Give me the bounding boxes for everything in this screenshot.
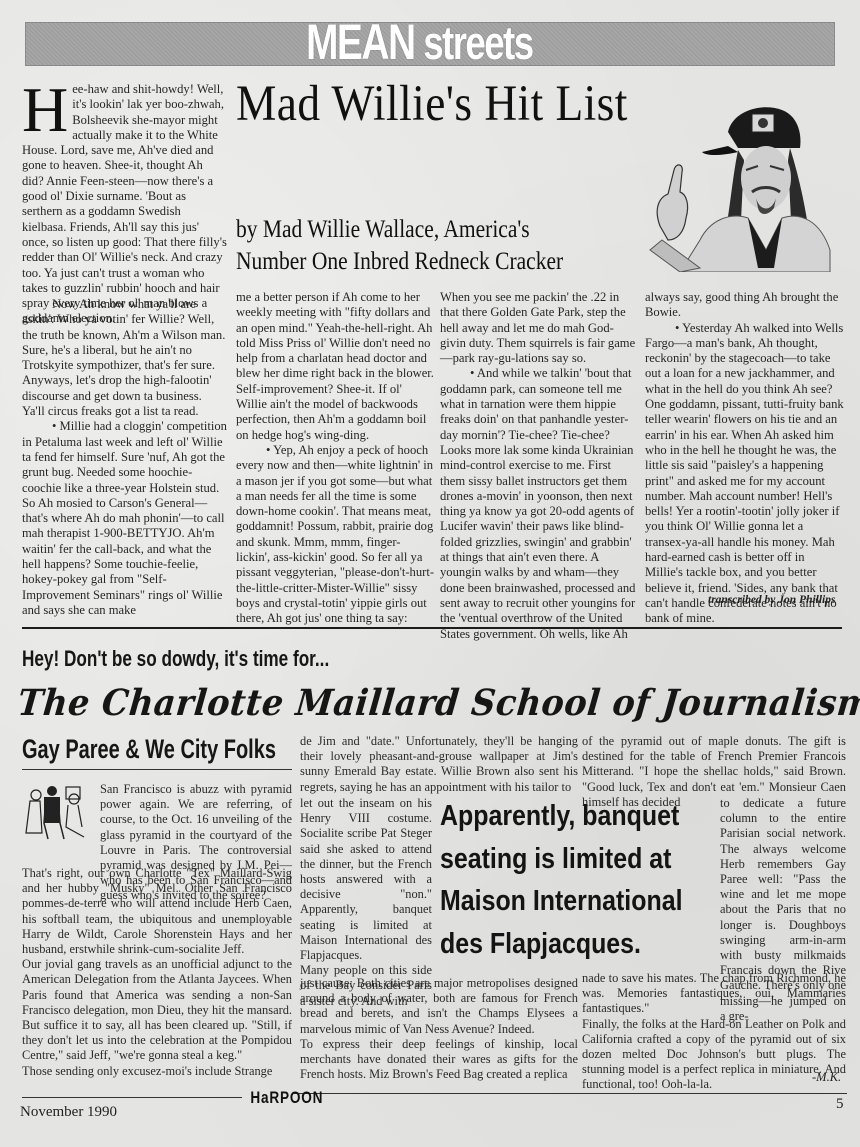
article2-title: The Charlotte Maillard School of Journal… bbox=[16, 682, 860, 724]
article1-list-item: • And while we talkin' 'bout that goddam… bbox=[440, 366, 636, 641]
footer-rule-right bbox=[292, 1093, 847, 1094]
article2-column-a: That's right, our own Charlotte "Tex" Ma… bbox=[22, 866, 292, 1079]
article1-column-4: always say, good thing Ah brought the Bo… bbox=[645, 290, 845, 627]
author-photo bbox=[640, 100, 835, 272]
article1-list-item: • Yesterday Ah walked into Wells Fargo—a… bbox=[645, 321, 845, 627]
article1-headline: Mad Willie's Hit List bbox=[236, 74, 628, 134]
article1-column-1: Hee-haw and shit-howdy! Well, it's looki… bbox=[22, 82, 227, 327]
article1-byline: by Mad Willie Wallace, America's Number … bbox=[236, 214, 563, 278]
pull-quote: Apparently, banquet seating is limited a… bbox=[440, 795, 668, 965]
pull-quote-line: Apparently, banquet bbox=[440, 795, 668, 838]
article1-intro-paragraph: Hee-haw and shit-howdy! Well, it's looki… bbox=[22, 82, 227, 327]
article1-paragraph: always say, good thing Ah brought the Bo… bbox=[645, 290, 845, 321]
article1-list-item: • Yep, Ah enjoy a peck of hooch every no… bbox=[236, 443, 434, 627]
article1-column-3: When you see me packin' the .22 in that … bbox=[440, 290, 636, 642]
page-number: 5 bbox=[836, 1096, 844, 1113]
article2-paragraph: just cause: Both cities are major metrop… bbox=[300, 976, 578, 1037]
article1-paragraph: me a better person if Ah come to her wee… bbox=[236, 290, 434, 443]
publication-logo: HaRPOON bbox=[250, 1088, 285, 1108]
article2-column-b-top: de Jim and "date." Unfortunately, they'l… bbox=[300, 734, 578, 795]
footer-date: November 1990 bbox=[20, 1104, 117, 1121]
article2-column-b-bottom: just cause: Both cities are major metrop… bbox=[300, 976, 578, 1082]
article1-column-2: me a better person if Ah come to her wee… bbox=[236, 290, 434, 627]
article2-paragraph: de Jim and "date." Unfortunately, they'l… bbox=[300, 734, 578, 795]
article2-column-c-bottom: nade to save his mates. The chap from Ri… bbox=[582, 971, 846, 1093]
article2-paragraph: let out the inseam on his Henry VIII cos… bbox=[300, 796, 432, 963]
section-head-rule bbox=[22, 769, 292, 770]
article2-paragraph: To express their deep feelings of kinshi… bbox=[300, 1037, 578, 1083]
article1-paragraph: When you see me packin' the .22 in that … bbox=[440, 290, 636, 366]
article1-paragraph: Now Ah know what ya'll are askin': Who y… bbox=[22, 297, 227, 419]
travelers-illustration bbox=[22, 783, 94, 843]
byline-line-2: Number One Inbred Redneck Cracker bbox=[236, 246, 563, 278]
article2-paragraph: That's right, our own Charlotte "Tex" Ma… bbox=[22, 866, 292, 957]
section-divider bbox=[22, 627, 842, 629]
pull-quote-line: seating is limited at bbox=[440, 838, 668, 881]
article2-paragraph: Those sending only excusez-moi's include… bbox=[22, 1064, 292, 1079]
masthead-title-mean: MEAN bbox=[306, 14, 415, 70]
masthead-title-streets: streets bbox=[423, 16, 532, 69]
article2-signoff: -M.K. bbox=[812, 1070, 841, 1085]
masthead-title: MEAN streets bbox=[306, 14, 506, 70]
footer-rule-left bbox=[22, 1097, 242, 1098]
article2-paragraph: Finally, the folks at the Hard-on Leathe… bbox=[582, 1017, 846, 1093]
article2-paragraph: nade to save his mates. The chap from Ri… bbox=[582, 971, 846, 1017]
article1-credit: transcribed by Jon Phillips bbox=[708, 594, 835, 606]
article1-list-item: • Millie had a cloggin' competition in P… bbox=[22, 419, 227, 618]
byline-line-1: by Mad Willie Wallace, America's bbox=[236, 214, 563, 246]
drop-cap: H bbox=[22, 84, 72, 136]
pull-quote-line: des Flapjacques. bbox=[440, 923, 668, 966]
article2-section-head: Gay Paree & We City Folks bbox=[22, 734, 276, 765]
article2-paragraph: Our jovial gang travels as an unofficial… bbox=[22, 957, 292, 1063]
article1-column-1-cont: Now Ah know what ya'll are askin': Who y… bbox=[22, 297, 227, 618]
article2-kicker: Hey! Don't be so dowdy, it's time for... bbox=[22, 646, 329, 672]
pull-quote-line: Maison International bbox=[440, 880, 668, 923]
